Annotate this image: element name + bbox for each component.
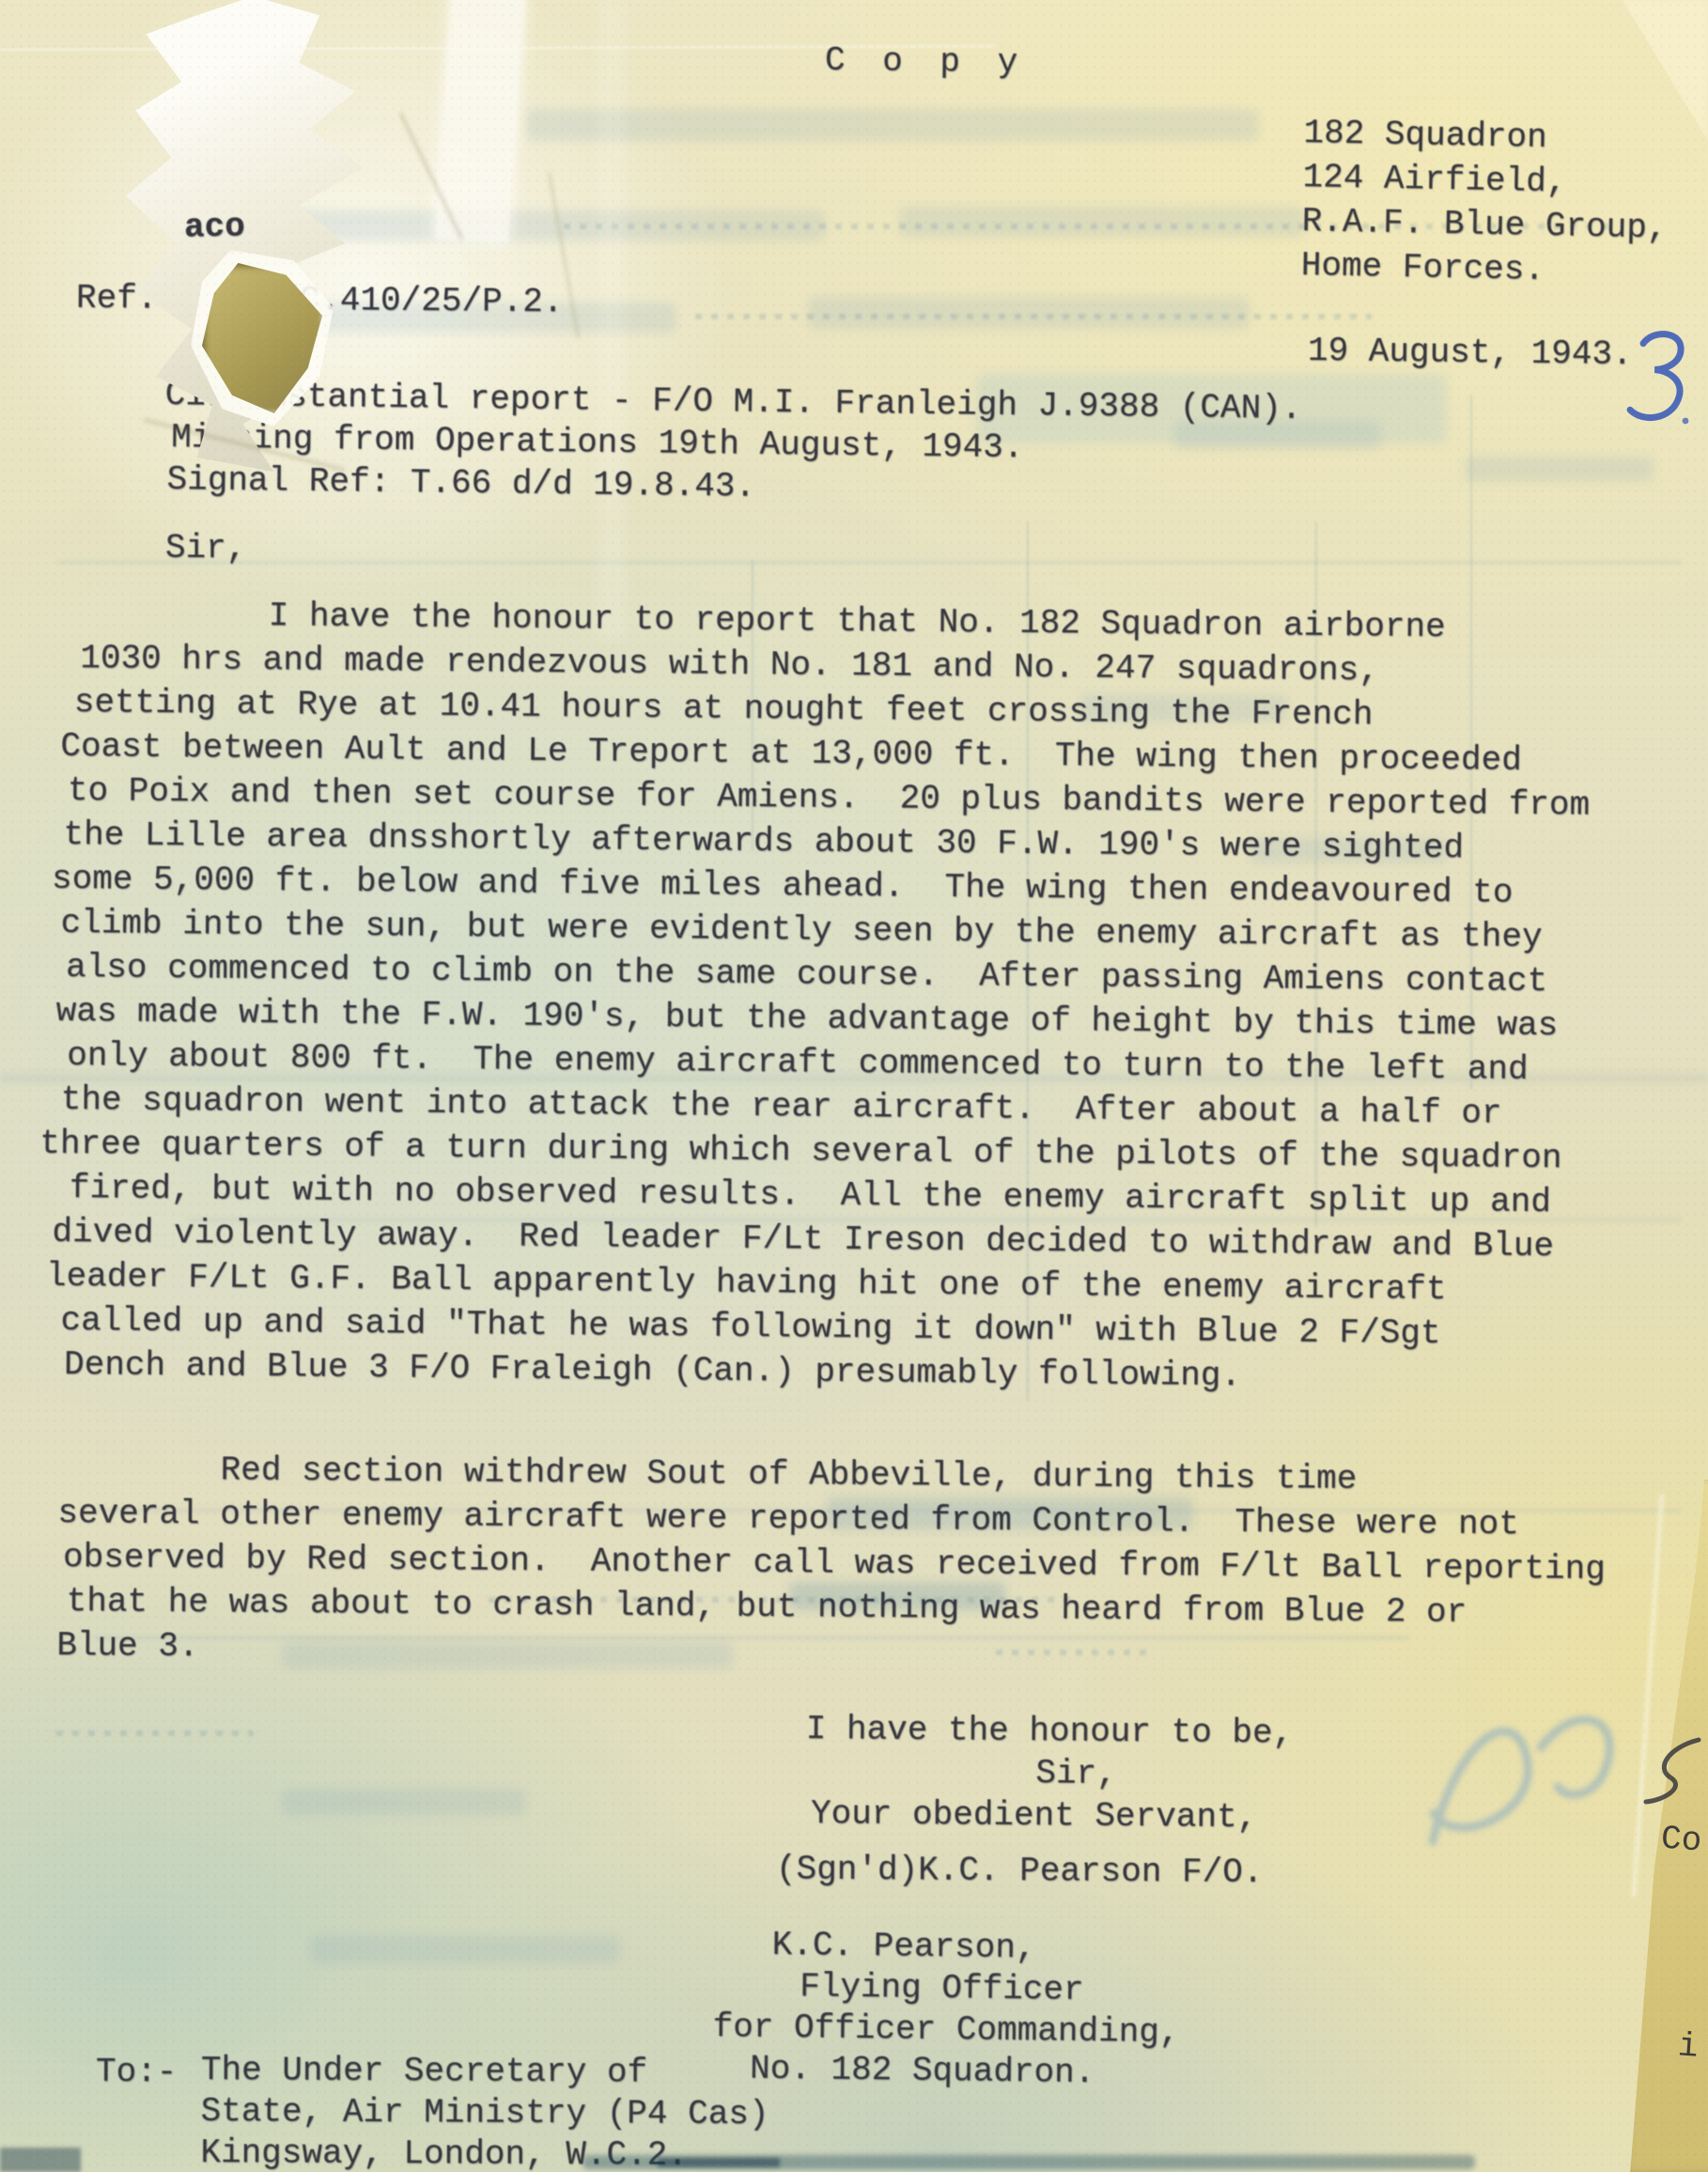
copy-label: C o p y xyxy=(825,39,1027,85)
bleedthrough-smudge xyxy=(310,1935,620,1963)
bleedthrough-smudge xyxy=(282,1789,526,1815)
date-line: 19 August, 1943. xyxy=(1308,329,1633,377)
tape-strip xyxy=(435,0,526,242)
valediction-line: Sir, xyxy=(1035,1752,1293,1796)
handwritten-page-number xyxy=(1623,327,1691,435)
to-label: To:- xyxy=(96,2050,178,2094)
bleedthrough-smudge xyxy=(1466,457,1654,481)
vertical-crease xyxy=(598,0,626,639)
bleedthrough-smudge xyxy=(808,297,1250,329)
paragraph-1: I have the honour to report that No. 182… xyxy=(58,592,1592,1402)
addressee-block: The Under Secretary of State, Air Minist… xyxy=(200,2050,769,2172)
signature-line: K.C. Pearson, xyxy=(771,1925,1180,1971)
valediction-line: I have the honour to be, xyxy=(806,1708,1294,1755)
scanned-letter-page: C o p y 182 Squadron 124 Airfield, R.A.F… xyxy=(0,0,1708,2172)
addressee-line: State, Air Ministry (P4 Cas) xyxy=(201,2091,769,2135)
signature-block: K.C. Pearson, Flying Officer for Officer… xyxy=(712,1924,1181,2095)
signature-line: for Officer Commanding, xyxy=(712,2007,1179,2054)
bleedthrough-smudge xyxy=(526,109,1259,141)
bleed-signature-icon xyxy=(1343,1682,1654,1898)
bleedthrough-signature xyxy=(1343,1682,1654,1902)
valediction-block: I have the honour to be, Sir, Your obedi… xyxy=(805,1708,1294,1839)
paragraph-2: Red section withdrew Sout of Abbeville, … xyxy=(56,1447,1607,1680)
bottom-page-edge-mark xyxy=(658,2158,780,2167)
signature-line: No. 182 Squadron. xyxy=(750,2048,1179,2095)
letterhead-line: Home Forces. xyxy=(1300,243,1667,294)
bleedthrough-dotted-line xyxy=(56,1730,254,1736)
bottom-left-edge-mark xyxy=(0,2148,81,2172)
addressee-line: The Under Secretary of xyxy=(201,2050,769,2094)
next-page-pen-squiggle-icon xyxy=(1637,1730,1708,1815)
torn-text-fragment: aco xyxy=(184,204,246,249)
handwritten-three-icon xyxy=(1623,327,1691,430)
next-page-fragment: Co xyxy=(1660,1820,1703,1861)
letterhead-line: 124 Airfield, xyxy=(1302,155,1669,206)
letterhead-block: 182 Squadron 124 Airfield, R.A.F. Blue G… xyxy=(1300,111,1669,294)
letterhead-line: R.A.F. Blue Group, xyxy=(1301,199,1668,250)
signed-line: (Sgn'd)K.C. Pearson F/O. xyxy=(776,1847,1264,1895)
bleedthrough-dotted-line xyxy=(695,314,1372,319)
bleedthrough-grid-line xyxy=(56,561,1682,564)
salutation: Sir, xyxy=(165,526,247,570)
signature-line: Flying Officer xyxy=(800,1966,1180,2012)
subject-block: Circumstantial report - F/O M.I. Franlei… xyxy=(163,374,1301,515)
letterhead-line: 182 Squadron xyxy=(1303,111,1669,162)
next-page-fragment: i xyxy=(1677,2026,1700,2066)
bleedthrough-smudge xyxy=(900,207,1304,237)
valediction-line: Your obedient Servant, xyxy=(811,1792,1293,1838)
